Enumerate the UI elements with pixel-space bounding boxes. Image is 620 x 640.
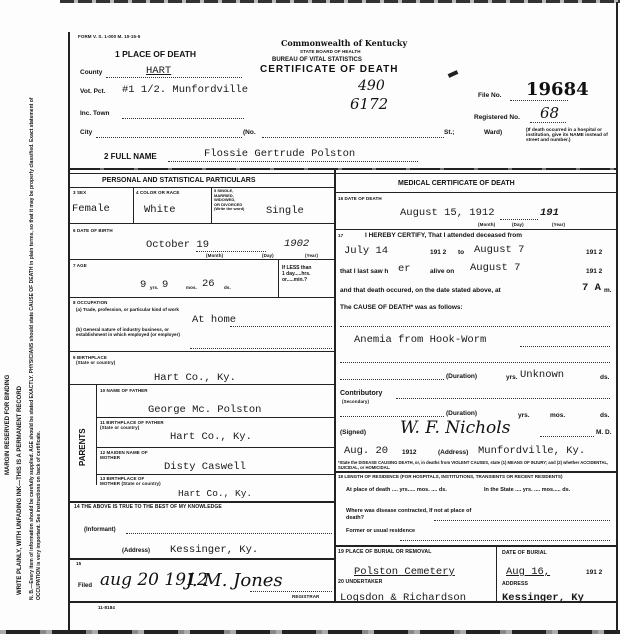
- row-line-heavy: [70, 501, 334, 503]
- age-years: 9: [140, 279, 146, 291]
- time-of-death: 7 A: [582, 282, 601, 294]
- file-number: 19684: [526, 79, 589, 100]
- place-of-death-label: 1 PLACE OF DEATH: [115, 49, 196, 59]
- form-id: FORM V. S. 1-000 M. 10-15-5: [78, 34, 140, 39]
- duration-yrs-caption: yrs.: [506, 374, 518, 381]
- undertaker-label: 20 UNDERTAKER: [338, 580, 382, 585]
- year-caption: (Year): [552, 222, 565, 227]
- registrar-label: REGISTRAR: [292, 594, 319, 599]
- burial-divider: [496, 547, 497, 603]
- undertaker-value: Logsdon & Richardson: [340, 592, 466, 604]
- yrs-caption: yrs.: [518, 412, 530, 419]
- handwritten-number-bottom: 6172: [350, 95, 388, 113]
- time-suffix: m.: [604, 287, 612, 294]
- contracted-line: [434, 520, 610, 521]
- form-right-border: [616, 2, 618, 632]
- handwritten-number-top: 490: [358, 78, 385, 94]
- age-divider: [278, 259, 279, 297]
- mother-name-label: 12 MAIDEN NAME OF MOTHER: [100, 450, 160, 460]
- cause-footnote: *State the DISEASE CAUSING DEATH, or, in…: [338, 460, 614, 470]
- year-caption: (Year): [305, 253, 318, 258]
- father-name-label: 10 NAME OF FATHER: [100, 388, 160, 393]
- occupation-label: 8 OCCUPATION: [73, 300, 108, 305]
- vot-pct-label: Vot. Pct.: [80, 88, 106, 95]
- filed-label: Filed: [78, 583, 92, 589]
- address-label: (Address): [438, 449, 468, 456]
- ds-caption: ds.: [600, 412, 609, 419]
- parents-label: PARENTS: [78, 428, 87, 466]
- form-left-border: [68, 32, 70, 630]
- informant-line: [126, 533, 332, 534]
- county-label: County: [80, 69, 102, 76]
- vot-pct-value: #1 1/2. Munfordville: [122, 84, 248, 96]
- personal-heading-line: [70, 187, 334, 188]
- sex-value: Female: [72, 203, 110, 215]
- undertaker-address-value: Kessinger, Ky: [502, 592, 584, 604]
- binding-margin-text: MARGIN RESERVED FOR BINDING: [5, 375, 11, 475]
- institution-note: (If death occurred in a hospital or inst…: [526, 128, 610, 144]
- registered-no-label: Registered No.: [474, 114, 520, 121]
- row-line: [70, 297, 334, 298]
- father-birthplace-label: 11 BIRTHPLACE OF FATHER (State or countr…: [100, 420, 166, 430]
- board-title: STATE BOARD OF HEALTH: [300, 49, 361, 54]
- row-line-heavy: [70, 558, 334, 560]
- cause-line-3: [340, 362, 610, 363]
- md-label: M. D.: [596, 429, 612, 436]
- duration-value: Unknown: [520, 369, 564, 381]
- street-no-label: (No.: [243, 129, 256, 136]
- city-line: [96, 137, 242, 138]
- inc-town-line: [122, 118, 244, 119]
- row-line: [97, 474, 334, 475]
- divider-top: [70, 168, 616, 170]
- ds-caption: ds.: [224, 285, 231, 290]
- certify-number: 17: [338, 233, 343, 238]
- contributory-label: Contributory: [340, 390, 382, 397]
- burial-year: 191 2: [586, 569, 602, 576]
- mother-birthplace-value: Hart Co., Ky.: [178, 488, 252, 499]
- occupation-a-label: (a) Trade, profession, or particular kin…: [76, 307, 194, 312]
- duration-label: (Duration): [446, 373, 477, 380]
- contributory-duration-line: [340, 416, 444, 417]
- ward-label: Ward): [484, 129, 502, 136]
- signed-year: 1912: [402, 449, 416, 456]
- certify-text: I HEREBY CERTIFY, That I attended deceas…: [365, 232, 522, 239]
- sex-label: 3 SEX: [73, 190, 86, 195]
- in-state-label: In the State .... yrs. .... mos..... ds.: [484, 487, 614, 494]
- registered-number: 68: [540, 104, 559, 122]
- last-saw-pronoun: er: [398, 263, 411, 275]
- cause-of-death-label: The CAUSE OF DEATH* was as follows:: [340, 304, 463, 311]
- marital-value: Single: [266, 205, 304, 217]
- instructions-note: N. B.—Every item of information should b…: [29, 80, 42, 600]
- informant-label: (Informant): [84, 527, 116, 533]
- registrar-line: [250, 591, 332, 592]
- row-line: [97, 447, 334, 448]
- scan-edge-top: [60, 0, 620, 3]
- form-code: 11-8184: [98, 605, 115, 610]
- death-occurred-text: and that death occured, on the date stat…: [340, 287, 501, 294]
- date-year-prefix: 191: [540, 207, 559, 219]
- at-place-label: At place of death .... yrs..... mos. ...…: [346, 487, 466, 494]
- physician-signature: W. F. Nichols: [400, 418, 510, 438]
- race-value: White: [144, 204, 176, 216]
- last-saw-date: August 7: [470, 262, 520, 274]
- file-no-line: [510, 100, 568, 101]
- parents-divider: [96, 385, 97, 485]
- write-plainly-text: WRITE PLAINLY, WITH UNFADING INK—THIS IS…: [17, 386, 23, 595]
- undertaker-address-label: ADDRESS: [502, 582, 528, 587]
- street-line: [262, 137, 444, 138]
- informant-address-label: (Address): [122, 548, 150, 554]
- true-statement: 14 THE ABOVE IS TRUE TO THE BEST OF MY K…: [74, 505, 222, 510]
- personal-heading: PERSONAL AND STATISTICAL PARTICULARS: [102, 177, 255, 184]
- filed-section-number: 15: [76, 561, 81, 566]
- occupation-b-label: (b) General nature of industry business,…: [76, 327, 194, 338]
- last-saw-year: 191 2: [586, 268, 602, 275]
- row-line: [70, 259, 334, 260]
- burial-date-value: Aug 16,: [506, 566, 550, 578]
- row-line-heavy: [335, 471, 616, 473]
- street-label: St.;: [444, 129, 454, 136]
- mother-birthplace-label: 13 BIRTHPLACE OF MOTHER (State or countr…: [100, 476, 164, 486]
- bureau-title: BUREAU OF VITAL STATISTICS: [272, 57, 362, 64]
- attended-from-year: 191 2: [430, 249, 446, 256]
- birthplace-value: Hart Co., Ky.: [154, 372, 236, 384]
- day-caption: (Day): [262, 253, 274, 258]
- date-of-death-line: [500, 219, 538, 220]
- signature-line: [540, 436, 594, 437]
- father-name-value: George Mc. Polston: [148, 404, 261, 416]
- county-line: [106, 77, 242, 78]
- race-divider: [211, 187, 212, 223]
- signed-label: (Signed): [340, 429, 366, 436]
- registered-no-line: [530, 122, 566, 123]
- marital-label: 5 SINGLE, MARRIED, WIDOWED, OR DIVORCED …: [214, 189, 244, 212]
- full-name-label: 2 FULL NAME: [104, 152, 157, 161]
- cause-of-death-value: Anemia from Hook-Worm: [354, 334, 486, 346]
- month-caption: (Month): [206, 253, 223, 258]
- race-label: 4 COLOR OR RACE: [136, 190, 180, 195]
- contributory-sublabel: (Secondary): [342, 399, 369, 404]
- occupation-value: At home: [192, 314, 236, 326]
- row-line-heavy: [335, 545, 616, 547]
- mos-caption: mos.: [550, 412, 565, 419]
- medical-heading-line: [335, 192, 616, 193]
- dob-label: 6 DATE OF BIRTH: [73, 228, 113, 233]
- medical-heading: MEDICAL CERTIFICATE OF DEATH: [398, 180, 515, 187]
- informant-address-value: Kessinger, Ky.: [170, 544, 258, 556]
- to-label: to: [458, 249, 464, 256]
- former-residence-label: Former or usual residence: [346, 528, 426, 535]
- cause-line-1: [340, 326, 610, 327]
- father-birthplace-value: Hart Co., Ky.: [170, 431, 252, 443]
- attended-to: August 7: [474, 244, 524, 256]
- mother-name-value: Disty Caswell: [164, 461, 246, 473]
- age-days: 26: [202, 278, 215, 290]
- day-caption: (Day): [512, 222, 524, 227]
- row-line: [97, 417, 334, 418]
- birthplace-sublabel: (State or country): [76, 360, 115, 365]
- row-line: [335, 229, 616, 230]
- duration-ds-caption: ds.: [600, 374, 609, 381]
- alive-on-label: alive on: [430, 268, 454, 275]
- employer-line: [190, 348, 332, 349]
- dob-year: 1902: [284, 238, 309, 250]
- duration-line: [340, 379, 444, 380]
- marital-label-line: (Write the word): [214, 207, 244, 212]
- age-label: 7 AGE: [73, 263, 87, 268]
- row-line: [70, 223, 334, 224]
- full-name-value: Flossie Gertrude Polston: [204, 148, 355, 160]
- occupation-line: [230, 326, 332, 327]
- certificate-title: CERTIFICATE OF DEATH: [260, 64, 399, 75]
- burial-date-label: DATE OF BURIAL: [502, 551, 547, 556]
- row-line: [70, 384, 334, 385]
- signed-date: Aug. 20: [344, 445, 388, 457]
- county-value: HART: [146, 65, 171, 77]
- less-than-line: or.....min.?: [282, 277, 311, 283]
- registrar-signature: J. M. Jones: [186, 570, 283, 591]
- age-months: 9: [162, 279, 168, 291]
- commonwealth-title: Commonwealth of Kentucky: [281, 38, 407, 48]
- dob-line: [196, 251, 266, 252]
- center-divider: [334, 170, 336, 602]
- former-residence-line: [400, 540, 610, 541]
- inc-town-label: Inc. Town: [80, 110, 110, 117]
- row-line: [70, 351, 334, 352]
- date-of-death-value: August 15, 1912: [400, 207, 495, 219]
- dob-month-day: October 19: [146, 239, 209, 251]
- full-name-line: [168, 161, 418, 162]
- attended-to-year: 191 2: [586, 249, 602, 256]
- contributory-duration-label: (Duration): [446, 410, 477, 417]
- less-than-label: If LESS than 1 day.....hrs. or.....min.?: [282, 265, 311, 283]
- physician-address: Munfordville, Ky.: [478, 445, 585, 457]
- file-no-label: File No.: [478, 92, 501, 99]
- contributory-line: [396, 398, 610, 399]
- burial-place-label: 19 PLACE OF BURIAL OR REMOVAL: [338, 550, 432, 555]
- divider-top-2: [70, 173, 616, 174]
- last-saw-text: that I last saw h: [340, 268, 388, 275]
- month-caption: (Month): [478, 222, 495, 227]
- mos-caption: mos.: [186, 285, 197, 290]
- scan-edge-bottom: [0, 630, 620, 634]
- residence-label: 18 LENGTH OF RESIDENCE (FOR HOSPITALS, I…: [338, 474, 614, 479]
- attended-from: July 14: [344, 245, 388, 257]
- burial-place-value: Polston Cemetery: [354, 566, 455, 578]
- city-label: City: [80, 129, 92, 136]
- yrs-caption: yrs.: [150, 285, 158, 290]
- date-of-death-label: 16 DATE OF DEATH: [338, 196, 382, 201]
- ink-mark: [448, 70, 459, 78]
- cause-line-2: [520, 346, 610, 347]
- sex-divider: [133, 187, 134, 223]
